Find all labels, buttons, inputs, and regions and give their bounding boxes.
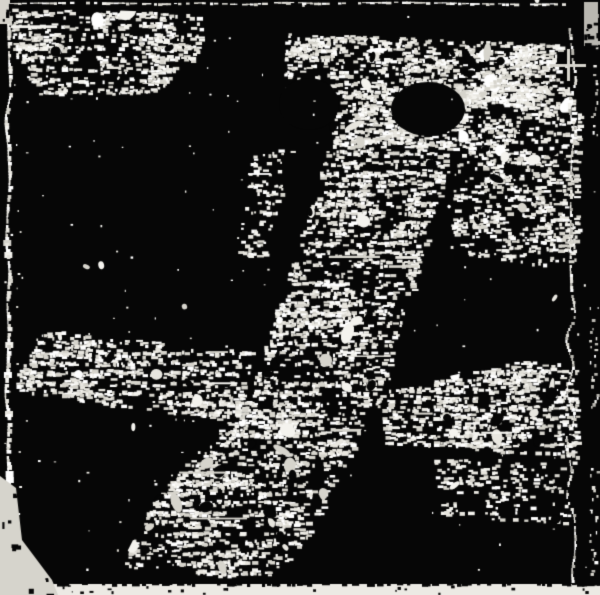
album-cover-art <box>0 0 600 595</box>
photocopy-inverted-cross-image <box>0 0 600 595</box>
